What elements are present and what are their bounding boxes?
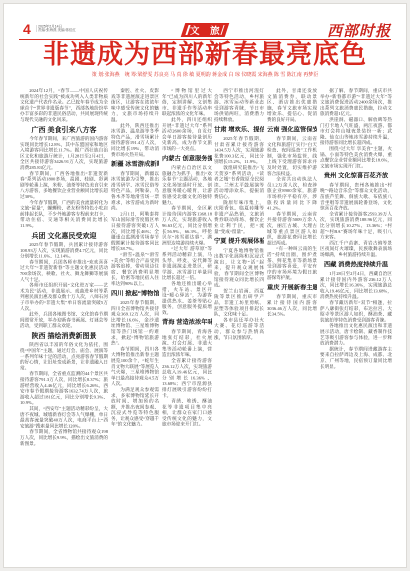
news-column: 此外，甘肃还发放文旅消费券，联动景区、酒店推出优惠措施，春节文旅市场实现增欢乐、…	[267, 88, 317, 553]
body-paragraph: 春节期间，青海各地张灯结彩，社火展演、灯会灯展、非遗大集等活动轮番上演，营造出浓…	[162, 329, 212, 358]
section-heading: 陕西 描绘消费新图景	[20, 332, 108, 339]
section-heading: 宁夏 提升观展体验	[214, 238, 264, 245]
news-column: 秦腔、社火、皮影戏等非遗展演走进景区街区，让游客在浓浓年味中感受传统文化的魅力，…	[111, 88, 159, 553]
body-paragraph: 春节期间，全省重点监测的44个景区共接待游客791.3万人次，同比增长8.37%…	[20, 371, 108, 406]
section-badge: 文 旅	[181, 23, 230, 37]
section-heading: 四川 掀起“博物馆旅游热”	[111, 290, 159, 297]
body-paragraph: 各地还推出暖心举措，火车站、景区开设“暖心驿站”，为游客提供热水、姜茶等贴心服务…	[162, 281, 212, 316]
body-paragraph: “滑雪+温泉”“滑雪+美食”等组合产品受到游客追捧，带动周边住宿、餐饮消费明显增…	[111, 252, 159, 287]
body-paragraph: 春节期间，全省博物馆共接待观众198万人次，同比增长9.9%，描绘出文旅消费的新…	[20, 429, 108, 446]
body-paragraph: 春节期间，兵团各师市推出“欢欢喜喜过大年”“非遗贺新春”等主题文化惠民活动700…	[20, 259, 108, 282]
body-paragraph: 春节期间，云南省共接待游客5009万余人次，丽江古城、大理古城等重点景区游人如织…	[267, 211, 317, 246]
body-paragraph: 2月1日，阿勒泰将军山国际滑雪度假区单日接待游客突破1万人次，同比增长46%；全…	[111, 211, 159, 252]
section-badge-label: 文 旅	[186, 23, 224, 37]
body-paragraph: 此外，甘肃还发放文旅消费券，联动景区、酒店推出优惠措施，春节文旅市场实现增欢乐、…	[267, 88, 317, 123]
body-paragraph: 贺兰山岩画、西夏陵等景区推出研学产品，非遗工坊里剪纸、泥塑等体验项目排起长队，文…	[214, 288, 264, 317]
body-paragraph: “过大年 游草原”等系列活动精彩上演，马头琴、呼麦、安代舞等非遗展演走进景区，研…	[162, 246, 212, 281]
section-heading: 贵州 文化惊喜百花齐放	[320, 173, 392, 180]
page-number: 4	[23, 22, 31, 36]
body-paragraph: 各市县还举办社火大赛、花灯巡游等活动，群众参与热情高涨，节日氛围浓厚。	[214, 317, 264, 340]
byline: 策 划:张海燕 统 筹:梁舒雯 苏良亮 马 真 徐 敏 夏明韵 蒋金成 白 琼 …	[4, 72, 406, 78]
article-columns: 2024年12月，“春节——中国人庆祝传统新年的社会实践”被成功列入人类非物质文…	[20, 88, 392, 553]
body-paragraph: 秦腔、社火、皮影戏等非遗展演走进景区街区，让游客在浓浓年味中感受传统文化的魅力，…	[111, 88, 159, 123]
body-paragraph: 洪崖洞、磁器口、解放碑等热门打卡地人气旺盛，两江夜游、都市灯会将山城夜景装扮一新…	[320, 117, 392, 146]
newspaper-page: 4 2025年2月14日 责编:张海燕 美编:蒋佳红 文 旅 西部时报 非遗成为…	[3, 3, 407, 568]
section-heading: 新疆 冰雪游成新时尚	[111, 161, 159, 168]
body-paragraph: 据统计，春节期间进藏游客主要来自拉萨周边及上海、成都、北京、广州等地，民宿预订量…	[320, 346, 392, 369]
body-paragraph: 2025年春节假期，四川全省博物馆共接待观众369.12万人次，同比增长16.6…	[111, 300, 159, 346]
body-paragraph: 其间，“西安年”主题活动精彩纷呈，大唐不夜城、城墙新春灯会等人气爆棚，单日最高客…	[20, 406, 108, 429]
body-paragraph: 春节期间，贵州各地推出“村晚”“路边音乐会”等群众文化活动，苗族芦笙舞、侗族大歌…	[320, 182, 392, 211]
body-paragraph: 春节期间，四川各大博物馆推出新春主题展览100余个，“蛇年生肖文物大联展”等展览…	[111, 346, 159, 387]
news-column: “博物馆里过大年”已成为四川人的新年俗，定制讲解、文创集市、非遗手作等活动串联起…	[162, 88, 212, 553]
body-paragraph: 春节藏历新年“双节”相逢，拉萨八廓街张灯结彩，布达拉宫、大昭寺等景区游人如织，酥…	[320, 300, 392, 323]
body-paragraph: 围绕“过大年 享美食”主题，火锅、小面等特色美食消费火爆，重点餐饮企业营业额同比…	[320, 146, 392, 169]
news-column-content: 秦腔、社火、皮影戏等非遗展演走进景区街区，让游客在浓浓年味中感受传统文化的魅力，…	[111, 88, 159, 428]
news-column-content: 据了解，春节期间，重庆市共举办“新春都市游”“非遗过大年”等文旅消费促进活动24…	[320, 88, 392, 370]
news-column: 2024年12月，“春节——中国人庆祝传统新年的社会实践”被成功列入人类非物质文…	[20, 88, 108, 553]
body-paragraph: 1月28日至2月4日，西藏自治区累计接待国内外游客236.12万人次，同比增长1…	[320, 271, 392, 300]
body-paragraph: 敦煌研究院推出“飞天贺岁”系列活动，“读者之城”书香陇原全民阅读、兰州太平鼓展演…	[214, 165, 264, 200]
body-paragraph: 此外，四川还组织开展“非遗过大年”系列活动2600余场，自贡灯会单日游客接待量创…	[162, 117, 212, 152]
news-column-content: 此外，甘肃还发放文旅消费券，联动景区、酒店推出优惠措施，春节文旅市场实现增欢乐、…	[267, 88, 317, 317]
masthead-logo: 西部时报	[327, 20, 391, 41]
body-paragraph: 此外，陕西还推出冰雪游、温泉游等冬季特色产品，滑雪场累计接待游客191.4万人次…	[111, 123, 159, 158]
body-paragraph: 今年春节期间，来广西旅游的国内游客实现同比增长12.8%，其中东盟国家和地区入境…	[20, 136, 108, 171]
body-paragraph: 春节期间，新疆以冰雪旅游为引擎，推出滑雪研学、冰雪民俗等特色产品，阿勒泰、乌鲁木…	[111, 171, 159, 212]
body-paragraph: 2025年春节假期，甘肃省累计接待游客1434.5万人次，实现旅游花费100.3…	[214, 136, 264, 165]
news-column: 西宁市推出河湟灯会等特色活动，乡村旅游、冰雪运动等新业态受到游客青睐，节日市场供…	[214, 88, 264, 553]
section-heading: 云南 强化监管保安全	[267, 126, 317, 133]
section-heading: 西藏 消费热度持续升温	[320, 261, 392, 268]
body-paragraph: 春节期间，云南省文化和旅游厅实行“白天检查、夜间巡查”工作机制，强化市场监管，线…	[267, 136, 317, 177]
section-heading: 广西 美食引来八方客	[20, 126, 108, 133]
body-paragraph: 全省累计接待游客2593.39万人次，实现旅游消费188.96亿元，同比分别增长…	[320, 211, 392, 240]
body-paragraph: 春节期间，全区累计接待国内游客1368.18万人次，实现旅游收入96.63亿元，…	[162, 206, 212, 247]
news-column-content: 2024年12月，“春节——中国人庆祝传统新年的社会实践”被成功列入人类非物质文…	[20, 88, 108, 447]
body-paragraph: 全省共出动执法人员1.2万余人次，检查涉旅企业8900余家，旅游市场秩序平稳有序…	[267, 177, 317, 212]
body-paragraph: “有一种叫云南的生活”持续出圈，围炉煮茶、鲜花集市等新场景受到游客喜爱，平安有序…	[267, 246, 317, 281]
body-paragraph: 宁夏各地博物馆推出数字化展陈和沉浸式演出，让文物“活”起来，提升观众观展体验，春…	[214, 248, 264, 289]
body-paragraph: 西江千户苗寨、青岩古镇等景区夜间灯火璀璨，民族歌舞表演场场爆满，乡村旅游持续升温…	[320, 240, 392, 257]
body-paragraph: 春节期间，重庆市累计接待国内游客3036.46万人次，同比增长34.5%。	[267, 294, 317, 317]
body-paragraph: 各地推出文化惠民演出和非遗展示活动，唐卡绘制、藏香制作技艺等吸引游客参与体验，进…	[320, 323, 392, 346]
section-heading: 甘肃 增欢乐、提信心、促消费	[214, 126, 264, 133]
body-paragraph: 春节期间，广西各地推出“非遗贺新春”系列活动1800多场，邕剧、桂剧、彩调剧等轮…	[20, 171, 108, 200]
body-paragraph: 为满足观众参观需求，多家博物馆延长开放时间、增加预约名额，并推出夜间参观、沉浸式…	[111, 387, 159, 428]
body-paragraph: 陇原年味市集上，庆阳香包、临夏砖雕等非遗产品热销，文旅消费券联动商场、餐饮企业让…	[214, 200, 264, 235]
section-heading: 青海 营造浓浓年味	[162, 319, 212, 326]
section-heading: 内蒙古 创意服务提质效	[162, 155, 212, 162]
body-paragraph: 内蒙古自治区以文旅融合为抓手，推出“欢乐春节”主题活动，各地文化场馆延时开放、创…	[162, 165, 212, 206]
body-paragraph: 各师市还组织开展“文化进万家——艺术为民”活动，非遗展示、戏曲进乡村等系列惠民演…	[20, 283, 108, 312]
page-header: 4 2025年2月14日 责编:张海燕 美编:蒋佳红 文 旅 西部时报	[19, 24, 391, 40]
section-heading: 重庆 开展新春主题活动	[267, 284, 317, 291]
main-headline: 非遗成为西部新春最亮底色	[4, 41, 406, 68]
section-heading: 兵团 文化惠民受欢迎	[20, 232, 108, 239]
body-paragraph: 2025年春节假期，兵团累计接待游客108.93万人次，实现旅游消费4.7亿元，…	[20, 242, 108, 259]
body-paragraph: 西宁市推出河湟灯会等特色活动，乡村旅游、冰雪运动等新业态受到游客青睐，节日市场供…	[214, 88, 264, 123]
news-column-content: 西宁市推出河湟灯会等特色活动，乡村旅游、冰雪运动等新业态受到游客青睐，节日市场供…	[214, 88, 264, 341]
publication-info: 2025年2月14日 责编:张海燕 美编:蒋佳红	[36, 25, 118, 32]
body-paragraph: 青绣、堆绣、酥油花等非遗项目集中亮相，让群众在家门口感受传统文化的魅力，文旅市场…	[162, 399, 212, 428]
body-paragraph: 全省累计接待游客236.12万人次，实现旅游总收入19.46亿元，同比分别增长1…	[162, 358, 212, 399]
body-paragraph: “博物馆里过大年”已成为四川人的新年俗，定制讲解、文创集市、非遗手作等活动串联起…	[162, 88, 212, 117]
body-paragraph: 据了解，春节期间，重庆市共举办“新春都市游”“非遗过大年”等文旅消费促进活动24…	[320, 88, 392, 117]
body-paragraph: 此外，兵团各地图书馆、文化馆春节期间照常开放，举办迎新春书画展、灯谜会等活动，受…	[20, 312, 108, 329]
body-paragraph: 今年春节假期，广西的美食流量转化为文旅“留量”，螺蛳粉、老友粉等特色小吃店前排起…	[20, 200, 108, 229]
editors-line: 责编:张海燕 美编:蒋佳红	[38, 29, 118, 33]
body-paragraph: 陕西省以丰富的年俗文化为依托，围绕“中国年”主题，通过灯会、庙会、展演等一系列年…	[20, 342, 108, 371]
body-paragraph: 2024年12月，“春节——中国人庆祝传统新年的社会实践”被成功列入人类非物质文…	[20, 88, 108, 123]
news-column: 据了解，春节期间，重庆市共举办“新春都市游”“非遗过大年”等文旅消费促进活动24…	[320, 88, 392, 553]
news-column-content: “博物馆里过大年”已成为四川人的新年俗，定制讲解、文创集市、非遗手作等活动串联起…	[162, 88, 212, 428]
